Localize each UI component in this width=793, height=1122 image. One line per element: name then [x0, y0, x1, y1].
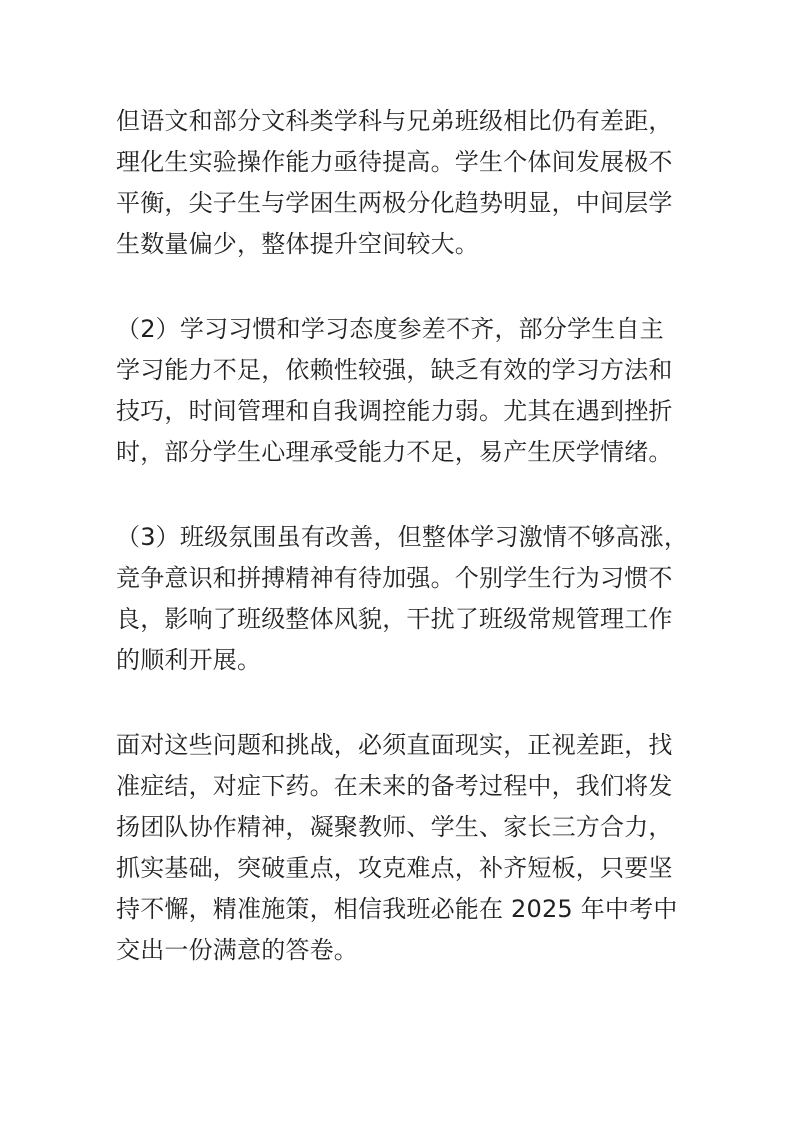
paragraph-conclusion-plan: 面对这些问题和挑战，必须直面现实，正视差距，找 准症结，对症下药。在未来的备考过…	[116, 725, 693, 971]
paragraph-exam-gap-analysis: 但语文和部分文科类学科与兄弟班级相比仍有差距， 理化生实验操作能力亟待提高。学生…	[116, 101, 693, 265]
paragraph-item-2-study-habits: （2）学习习惯和学习态度参差不齐，部分学生自主 学习能力不足，依赖性较强，缺乏有…	[116, 309, 693, 473]
document-page: 但语文和部分文科类学科与兄弟班级相比仍有差距， 理化生实验操作能力亟待提高。学生…	[0, 0, 793, 1122]
paragraph-item-3-class-atmosphere: （3）班级氛围虽有改善，但整体学习激情不够高涨， 竞争意识和拼搏精神有待加强。个…	[116, 517, 693, 681]
document-body: 但语文和部分文科类学科与兄弟班级相比仍有差距， 理化生实验操作能力亟待提高。学生…	[0, 0, 793, 971]
